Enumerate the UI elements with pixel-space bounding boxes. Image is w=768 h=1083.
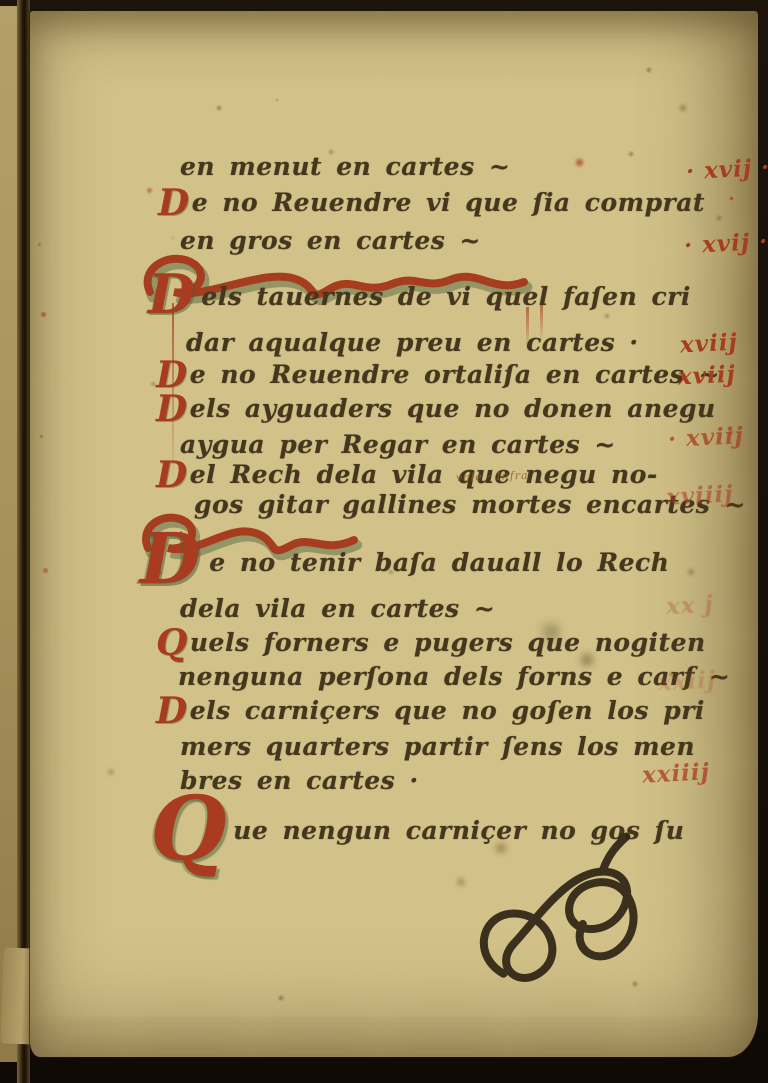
drop-cap: D [148, 262, 195, 326]
drop-cap: D [140, 517, 201, 600]
interlinear-note: vale · Infra [456, 469, 529, 485]
margin-numeral: xxiiij [641, 758, 710, 789]
text-line: nenguna perſona dels forns e carf ~ [178, 662, 730, 691]
drop-cap: D [156, 388, 188, 430]
facing-page-edge [0, 6, 17, 1062]
red-ink-specks [30, 11, 33, 14]
text-line: De no Reuendre vi que ſia comprat [158, 188, 705, 217]
drop-cap: D [158, 182, 190, 224]
margin-numeral: · xvij · [685, 154, 768, 185]
text-line: aygua per Regar en cartes ~ [180, 430, 616, 459]
margin-numeral: xviiij [665, 480, 734, 511]
text-line: Quels forners e pugers que nogiten [156, 628, 706, 657]
text-line: Que nengun carniçer no gos ſu [150, 816, 684, 845]
margin-numeral: xxiij [657, 666, 717, 696]
margin-numeral: · xvij · [683, 228, 768, 259]
text-line: mers quarters partir ſens los men [180, 732, 695, 761]
drop-cap: D [156, 690, 188, 732]
text-line: Dels tauernes de vi quel faſen cri [148, 282, 691, 311]
drop-cap: Q [150, 776, 227, 880]
margin-numeral: xviij [677, 361, 736, 391]
margin-numeral: · xviij [667, 422, 744, 453]
text-line: en menut en cartes ~ [180, 152, 510, 181]
text-line: dar aqualque preu en cartes · [186, 328, 639, 357]
text-line: De no tenir baſa dauall lo Rech [140, 548, 669, 577]
ink-knot-flourish [466, 854, 686, 1004]
margin-numeral: xviij [679, 329, 738, 359]
drop-cap: D [156, 454, 188, 496]
text-line: Del Rech dela vila que negu no- [156, 460, 658, 489]
drop-cap: Q [156, 622, 188, 664]
text-line: De no Reuendre ortaliſa en cartes ~ [156, 360, 720, 389]
text-line: Dels carniçers que no goſen los pri [156, 696, 705, 725]
text-line: dela vila en cartes ~ [180, 594, 495, 623]
binding-gutter-crease [17, 0, 30, 1083]
margin-numeral: xx j [665, 591, 714, 620]
text-line: Dels ayguaders que no donen anegu [156, 394, 716, 423]
